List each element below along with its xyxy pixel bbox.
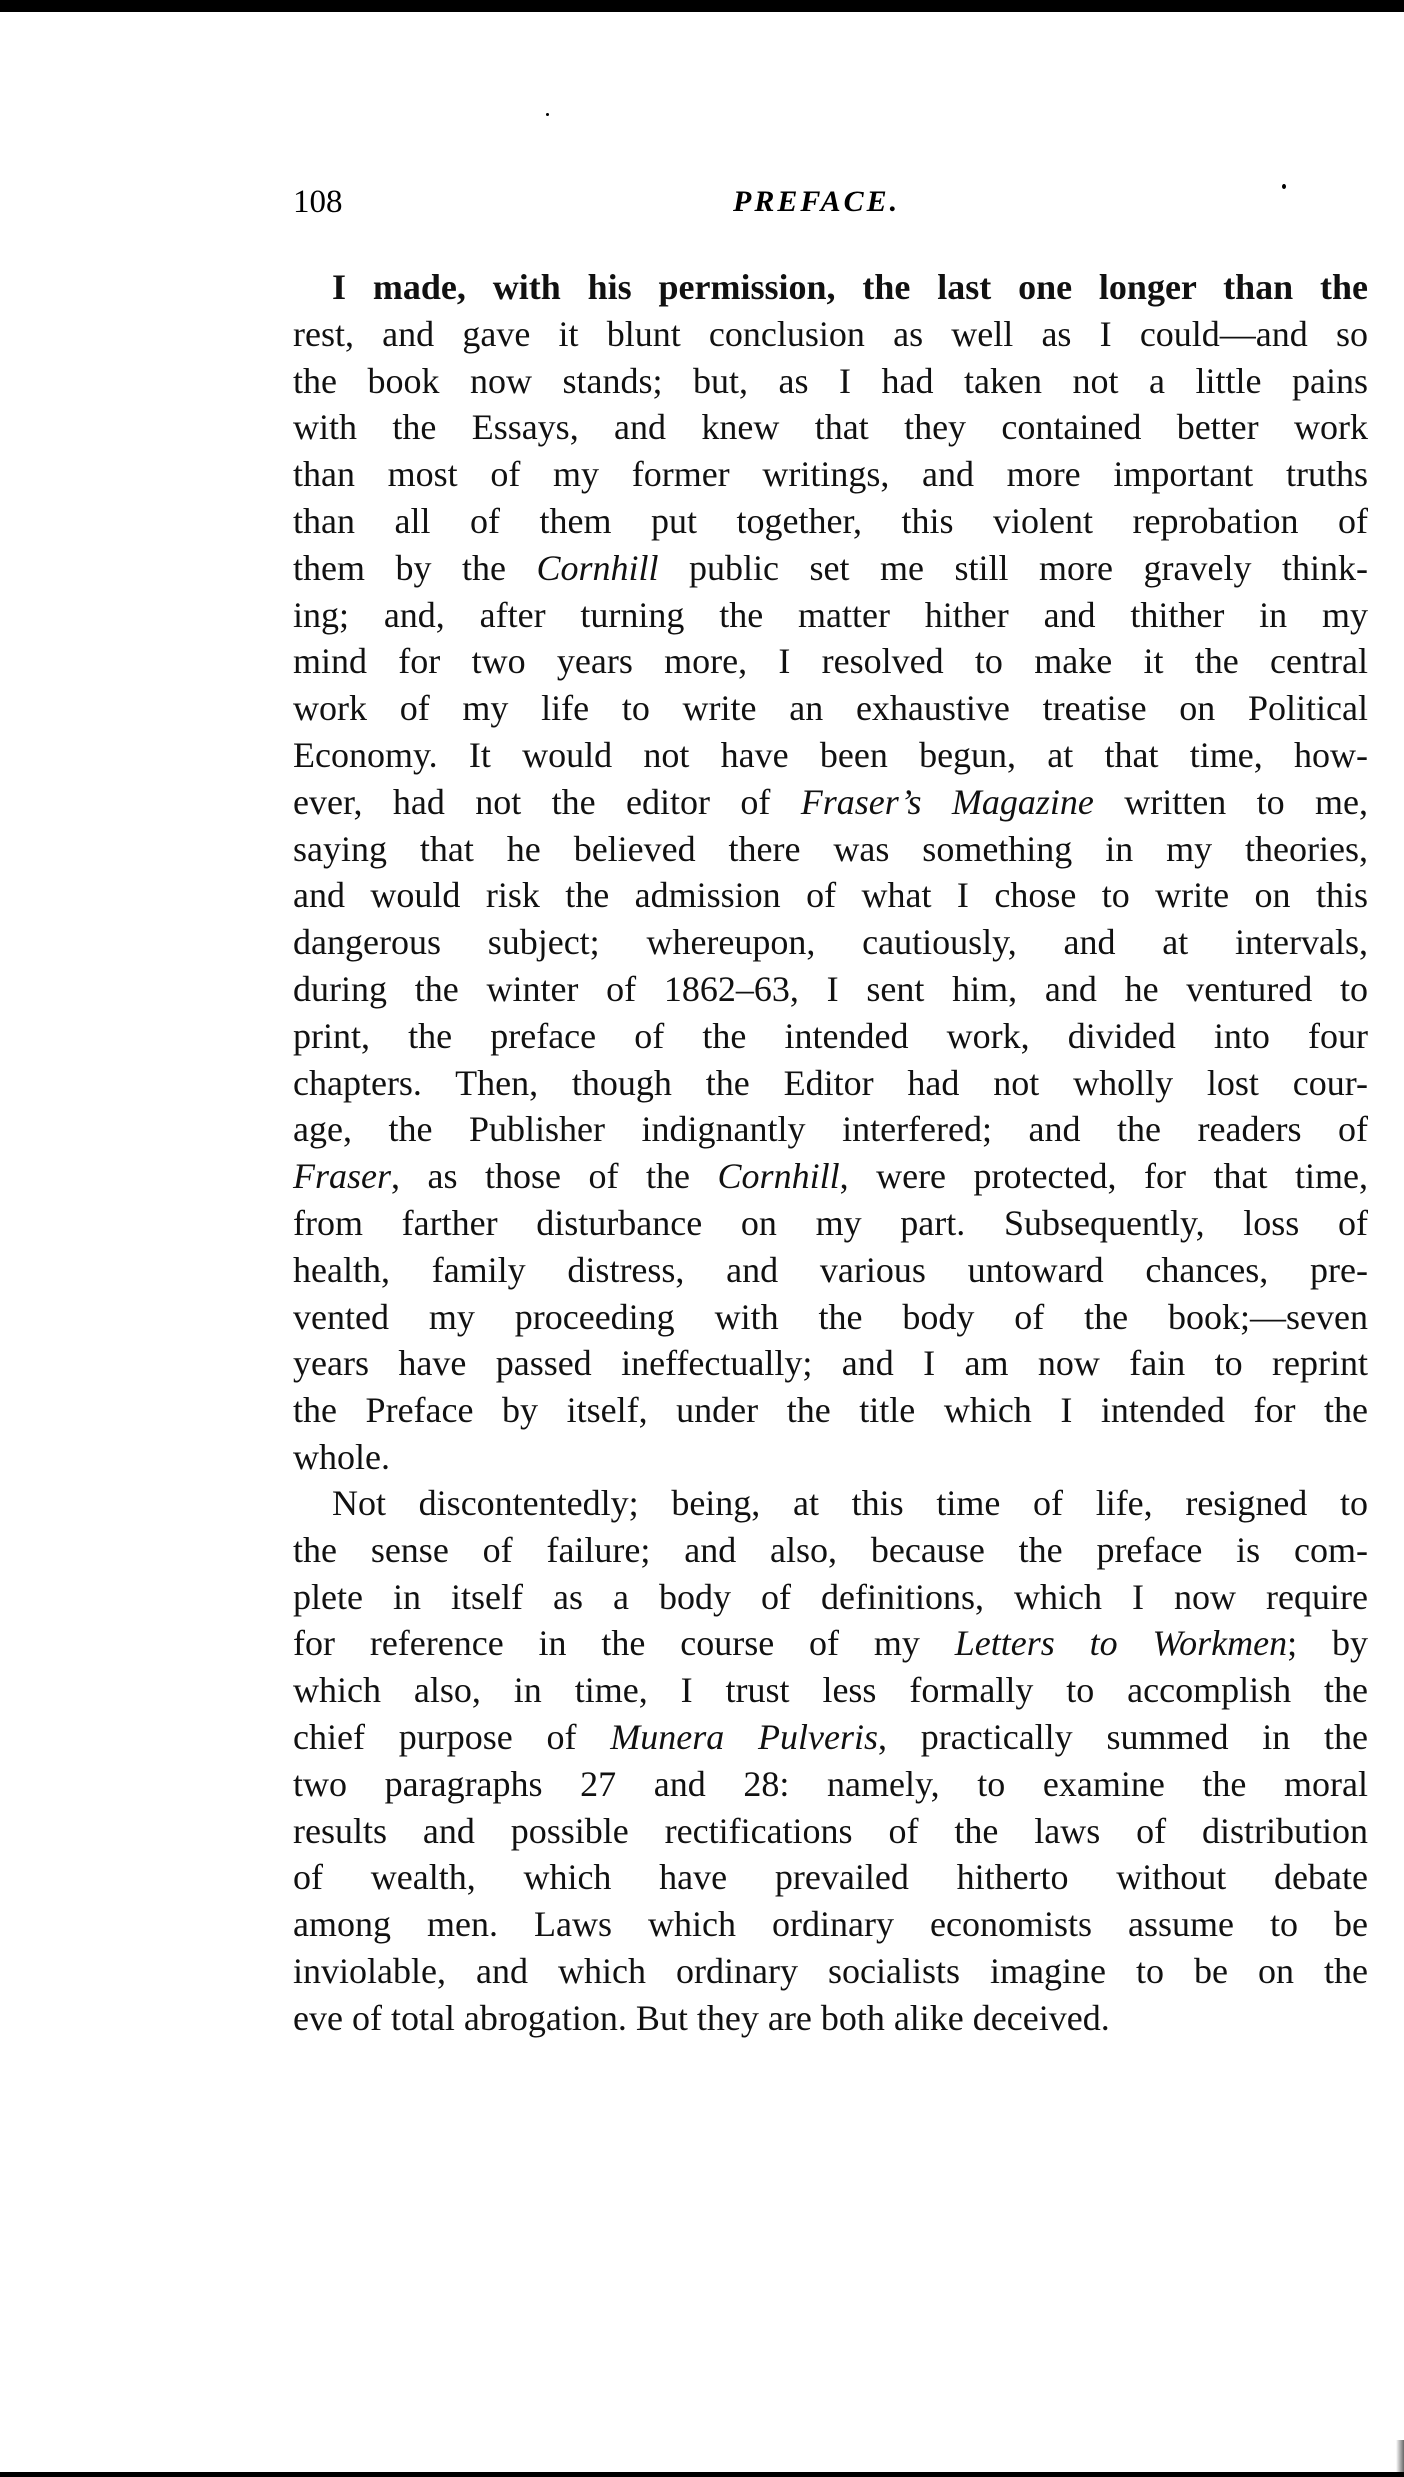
text-run: among men. Laws which ordinary economist…: [293, 1904, 1368, 1944]
text-line: rest, and gave it blunt conclusion as we…: [293, 311, 1368, 357]
text-line: which also, in time, I trust less formal…: [293, 1667, 1368, 1713]
text-run: from farther disturbance on my part. Sub…: [293, 1203, 1368, 1243]
text-run: , were protected, for that time,: [840, 1156, 1368, 1196]
text-line: I made, with his permission, the last on…: [332, 264, 1368, 310]
running-head: 108 PREFACE.: [293, 180, 1368, 224]
page-number: 108: [293, 180, 343, 224]
text-run: eve of total abrogation. But they are bo…: [293, 1998, 1110, 2038]
text-line: for reference in the course of my Letter…: [293, 1620, 1368, 1666]
text-run: public set me still more gravely think-: [659, 548, 1368, 588]
italic-title: Fraser’s Magazine: [801, 782, 1094, 822]
text-run: the sense of failure; and also, because …: [293, 1530, 1368, 1570]
text-run: results and possible rectifications of t…: [293, 1811, 1368, 1851]
text-run: ; by: [1287, 1623, 1368, 1663]
text-run: chapters. Then, though the Editor had no…: [293, 1063, 1368, 1103]
text-run: rest, and gave it blunt conclusion as we…: [293, 314, 1368, 354]
text-run: , practically summed in the: [878, 1717, 1368, 1757]
text-line: than most of my former writings, and mor…: [293, 451, 1368, 497]
text-line: results and possible rectifications of t…: [293, 1808, 1368, 1854]
text-line: years have passed ineffectually; and I a…: [293, 1340, 1368, 1386]
text-line: the book now stands; but, as I had taken…: [293, 358, 1368, 404]
text-run: Economy. It would not have been begun, a…: [293, 735, 1368, 775]
running-title: PREFACE.: [733, 180, 900, 224]
text-line: plete in itself as a body of definitions…: [293, 1574, 1368, 1620]
scan-bottom-edge: [0, 2472, 1404, 2477]
italic-title: Letters to Workmen: [955, 1623, 1287, 1663]
text-line: inviolable, and which ordinary socialist…: [293, 1948, 1368, 1994]
text-run: chief purpose of: [293, 1717, 610, 1757]
text-run: than all of them put together, this viol…: [293, 501, 1368, 541]
text-line: ing; and, after turning the matter hithe…: [293, 592, 1368, 638]
italic-title: Munera Pulveris: [610, 1717, 878, 1757]
text-run: the Preface by itself, under the title w…: [293, 1390, 1368, 1430]
text-run: ever, had not the editor of: [293, 782, 801, 822]
text-run: of wealth, which have prevailed hitherto…: [293, 1857, 1368, 1897]
text-run: ing; and, after turning the matter hithe…: [293, 595, 1368, 635]
scan-top-edge: [0, 0, 1404, 12]
text-line: health, family distress, and various unt…: [293, 1247, 1368, 1293]
text-line: from farther disturbance on my part. Sub…: [293, 1200, 1368, 1246]
italic-title: Cornhill: [537, 548, 659, 588]
text-line: ever, had not the editor of Fraser’s Mag…: [293, 779, 1368, 825]
text-line: chapters. Then, though the Editor had no…: [293, 1060, 1368, 1106]
text-line: mind for two years more, I resolved to m…: [293, 638, 1368, 684]
text-run: written to me,: [1094, 782, 1368, 822]
text-line: Economy. It would not have been begun, a…: [293, 732, 1368, 778]
text-line: age, the Publisher indignantly interfere…: [293, 1106, 1368, 1152]
text-run: age, the Publisher indignantly interfere…: [293, 1109, 1368, 1149]
text-line: during the winter of 1862–63, I sent him…: [293, 966, 1368, 1012]
text-line: whole.: [293, 1434, 1368, 1480]
text-run: two paragraphs 27 and 28: namely, to exa…: [293, 1764, 1368, 1804]
text-run: dangerous subject; whereupon, cautiously…: [293, 922, 1368, 962]
text-run: , as those of the: [391, 1156, 718, 1196]
text-run: saying that he believed there was someth…: [293, 829, 1368, 869]
text-line: print, the preface of the intended work,…: [293, 1013, 1368, 1059]
text-run: them by the: [293, 548, 537, 588]
text-run: Not discontentedly; being, at this time …: [332, 1483, 1368, 1523]
scan-speck: [546, 113, 549, 116]
scan-page-curl: [1396, 2440, 1404, 2472]
text-line: vented my proceeding with the body of th…: [293, 1294, 1368, 1340]
text-line: eve of total abrogation. But they are bo…: [293, 1995, 1368, 2041]
text-line: and would risk the admission of what I c…: [293, 872, 1368, 918]
text-line: them by the Cornhill public set me still…: [293, 545, 1368, 591]
text-line: chief purpose of Munera Pulveris, practi…: [293, 1714, 1368, 1760]
text-run: during the winter of 1862–63, I sent him…: [293, 969, 1368, 1009]
text-run: work of my life to write an exhaustive t…: [293, 688, 1368, 728]
text-line: dangerous subject; whereupon, cautiously…: [293, 919, 1368, 965]
text-run: plete in itself as a body of definitions…: [293, 1577, 1368, 1617]
text-run: for reference in the course of my: [293, 1623, 955, 1663]
text-line: two paragraphs 27 and 28: namely, to exa…: [293, 1761, 1368, 1807]
text-line: among men. Laws which ordinary economist…: [293, 1901, 1368, 1947]
text-run: whole.: [293, 1437, 390, 1477]
text-run: years have passed ineffectually; and I a…: [293, 1343, 1368, 1383]
italic-title: Cornhill: [718, 1156, 840, 1196]
text-run: the book now stands; but, as I had taken…: [293, 361, 1368, 401]
text-line: saying that he believed there was someth…: [293, 826, 1368, 872]
text-run: health, family distress, and various unt…: [293, 1250, 1368, 1290]
text-run: which also, in time, I trust less formal…: [293, 1670, 1368, 1710]
italic-title: Fraser: [293, 1156, 391, 1196]
text-run: inviolable, and which ordinary socialist…: [293, 1951, 1368, 1991]
text-run: I made, with his permission, the last on…: [332, 267, 1368, 307]
text-line: the Preface by itself, under the title w…: [293, 1387, 1368, 1433]
text-line: of wealth, which have prevailed hitherto…: [293, 1854, 1368, 1900]
text-run: vented my proceeding with the body of th…: [293, 1297, 1368, 1337]
text-line: the sense of failure; and also, because …: [293, 1527, 1368, 1573]
text-run: and would risk the admission of what I c…: [293, 875, 1368, 915]
text-line: Fraser, as those of the Cornhill, were p…: [293, 1153, 1368, 1199]
text-run: than most of my former writings, and mor…: [293, 454, 1368, 494]
text-run: print, the preface of the intended work,…: [293, 1016, 1368, 1056]
text-line: than all of them put together, this viol…: [293, 498, 1368, 544]
text-line: Not discontentedly; being, at this time …: [332, 1480, 1368, 1526]
text-run: mind for two years more, I resolved to m…: [293, 641, 1368, 681]
text-line: work of my life to write an exhaustive t…: [293, 685, 1368, 731]
text-line: with the Essays, and knew that they cont…: [293, 404, 1368, 450]
text-run: with the Essays, and knew that they cont…: [293, 407, 1368, 447]
